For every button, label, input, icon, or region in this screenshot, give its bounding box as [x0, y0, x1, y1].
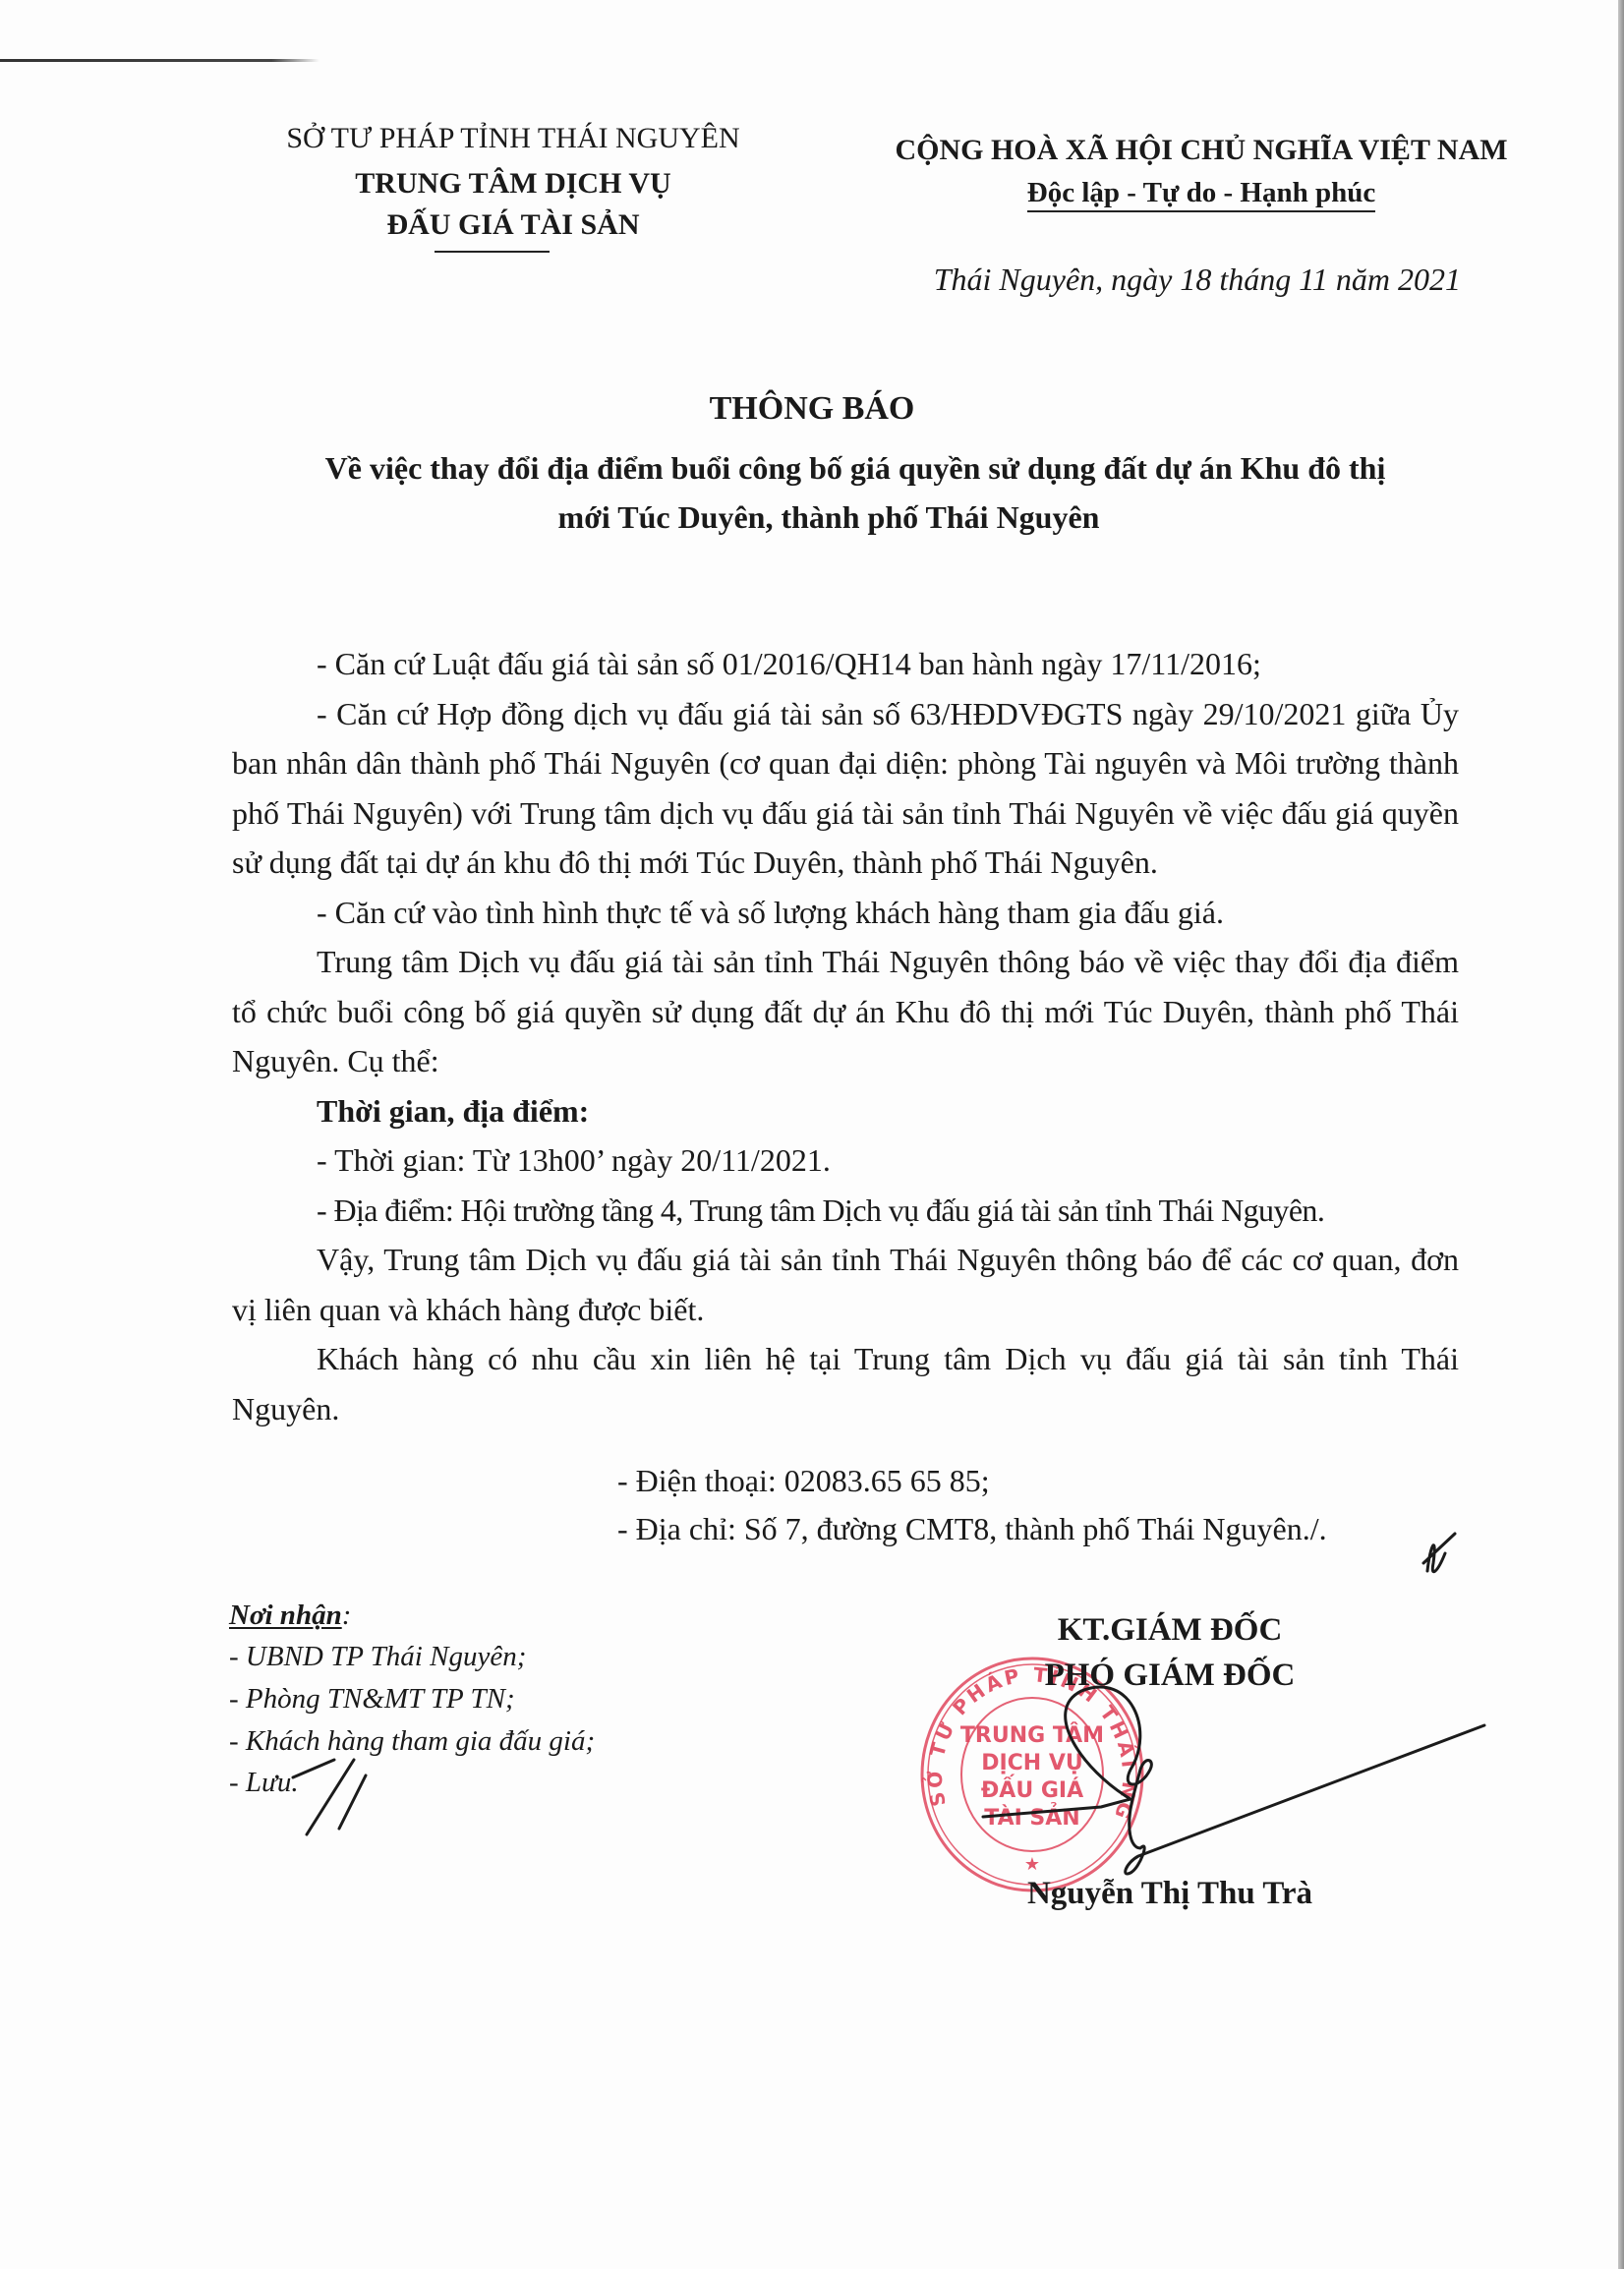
agency-name-line1: TRUNG TÂM DỊCH VỤ	[258, 167, 769, 201]
document-title: THÔNG BÁO	[0, 390, 1624, 428]
document-body: - Căn cứ Luật đấu giá tài sản số 01/2016…	[232, 639, 1459, 1433]
body-paragraph: - Căn cứ Hợp đồng dịch vụ đấu giá tài sả…	[232, 689, 1459, 888]
recipient-item: - Lưu.	[229, 1767, 299, 1799]
recipient-item: - UBND TP Thái Nguyên;	[229, 1641, 526, 1673]
place-date-text: Thái Nguyên, ngày 18 tháng 11 năm 2021	[934, 262, 1461, 298]
recipients-heading: Nơi nhận:	[229, 1600, 351, 1632]
svg-text:ĐẤU GIÁ: ĐẤU GIÁ	[981, 1774, 1083, 1803]
page-edge	[1618, 0, 1624, 2269]
motto-text: Độc lập - Tự do - Hạnh phúc	[1027, 177, 1376, 212]
agency-name-line2: ĐẤU GIÁ TÀI SẢN	[258, 208, 769, 242]
country-heading: CỘNG HOÀ XÃ HỘI CHỦ NGHĨA VIỆT NAM	[857, 134, 1545, 167]
body-paragraph: Trung tâm Dịch vụ đấu giá tài sản tỉnh T…	[232, 937, 1459, 1086]
svg-text:★: ★	[1024, 1854, 1040, 1875]
svg-text:DỊCH VỤ: DỊCH VỤ	[981, 1751, 1083, 1775]
document-subtitle-line2: mới Túc Duyên, thành phố Thái Nguyên	[0, 499, 1624, 536]
svg-text:TÀI SẢN: TÀI SẢN	[984, 1803, 1079, 1831]
body-closing-paragraph: Vậy, Trung tâm Dịch vụ đấu giá tài sản t…	[232, 1235, 1459, 1334]
contact-address: - Địa chỉ: Số 7, đường CMT8, thành phố T…	[617, 1511, 1327, 1547]
body-paragraph: - Căn cứ vào tình hình thực tế và số lượ…	[232, 888, 1459, 938]
body-closing-paragraph: Khách hàng có nhu cầu xin liên hệ tại Tr…	[232, 1334, 1459, 1433]
motto: Độc lập - Tự do - Hạnh phúc	[857, 177, 1545, 209]
scan-artifact-line	[0, 59, 319, 62]
signature-position: PHÓ GIÁM ĐỐC	[983, 1658, 1357, 1694]
agency-divider	[435, 251, 550, 253]
signer-name: Nguyễn Thị Thu Trà	[983, 1876, 1357, 1912]
recipients-colon: :	[342, 1600, 352, 1631]
schedule-heading: Thời gian, địa điểm:	[232, 1086, 1459, 1136]
document-subtitle-line1: Về việc thay đổi địa điểm buổi công bố g…	[0, 450, 1624, 487]
recipient-item: - Phòng TN&MT TP TN;	[229, 1683, 515, 1716]
body-paragraph: - Căn cứ Luật đấu giá tài sản số 01/2016…	[232, 639, 1459, 689]
contact-phone: - Điện thoại: 02083.65 65 85;	[617, 1463, 990, 1499]
schedule-time: - Thời gian: Từ 13h00’ ngày 20/11/2021.	[232, 1135, 1459, 1186]
recipient-item: - Khách hàng tham gia đấu giá;	[229, 1725, 595, 1758]
agency-parent: SỞ TƯ PHÁP TỈNH THÁI NGUYÊN	[258, 122, 769, 155]
schedule-location: - Địa điểm: Hội trường tầng 4, Trung tâm…	[232, 1186, 1459, 1236]
recipients-label: Nơi nhận	[229, 1600, 342, 1631]
svg-text:TRUNG TÂM: TRUNG TÂM	[960, 1722, 1104, 1748]
signature-on-behalf: KT.GIÁM ĐỐC	[983, 1612, 1357, 1649]
